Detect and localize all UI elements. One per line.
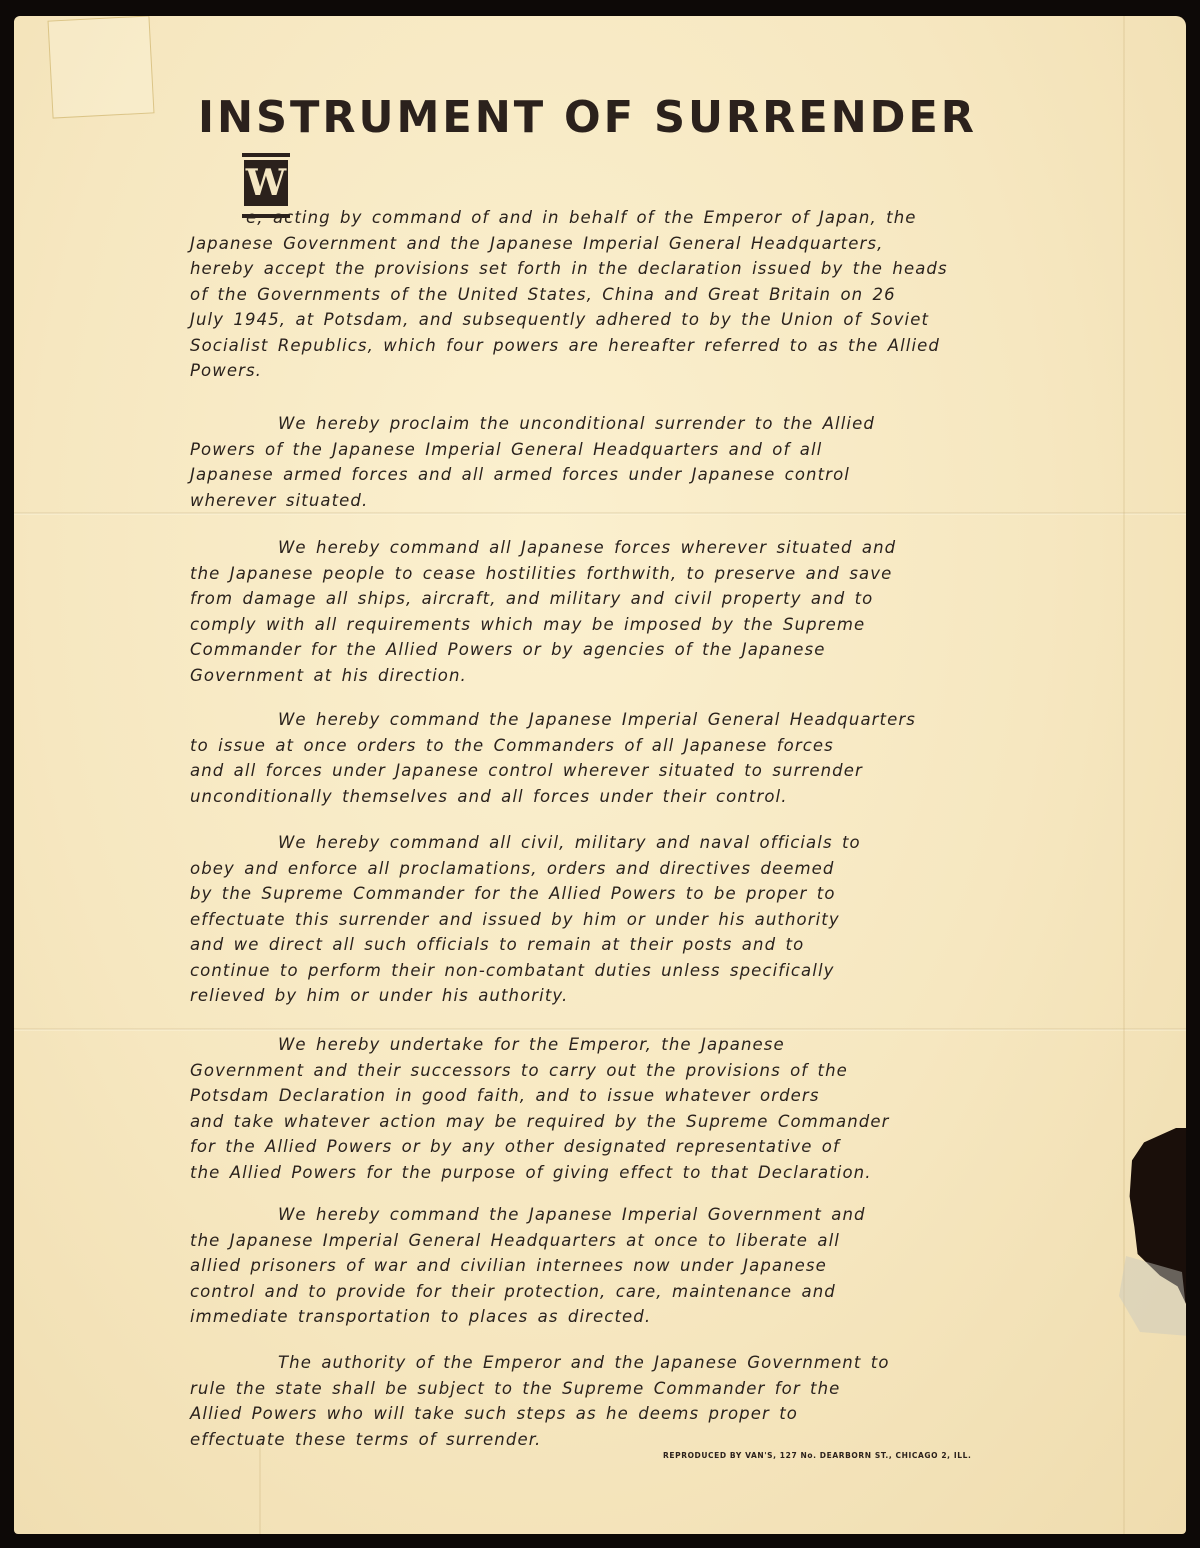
text-line: and all forces under Japanese control wh… xyxy=(190,758,916,784)
text-line: Allied Powers who will take such steps a… xyxy=(190,1401,890,1427)
text-line: Government and their successors to carry… xyxy=(190,1058,890,1084)
text-line: We hereby command the Japanese Imperial … xyxy=(190,1202,866,1228)
text-line: the Allied Powers for the purpose of giv… xyxy=(190,1160,890,1186)
text-line: Government at his direction. xyxy=(190,663,896,689)
text-line: effectuate this surrender and issued by … xyxy=(190,907,861,933)
text-line: the Japanese Imperial General Headquarte… xyxy=(190,1228,866,1254)
text-line: the Japanese people to cease hostilities… xyxy=(190,561,896,587)
text-line: We hereby undertake for the Emperor, the… xyxy=(190,1032,890,1058)
text-line: comply with all requirements which may b… xyxy=(190,612,896,638)
text-line: We hereby proclaim the unconditional sur… xyxy=(190,411,875,437)
drop-cap-letter: W xyxy=(244,160,288,206)
text-line: obey and enforce all proclamations, orde… xyxy=(190,856,861,882)
tape-mark xyxy=(48,16,155,119)
text-line: effectuate these terms of surrender. xyxy=(190,1427,890,1453)
paragraph: We hereby undertake for the Emperor, the… xyxy=(190,1032,890,1185)
fold-crease xyxy=(1123,16,1125,1534)
printer-credit: REPRODUCED BY VAN'S, 127 No. DEARBORN ST… xyxy=(663,1451,971,1460)
text-line: hereby accept the provisions set forth i… xyxy=(190,256,948,282)
text-line: The authority of the Emperor and the Jap… xyxy=(190,1350,890,1376)
text-line: for the Allied Powers or by any other de… xyxy=(190,1134,890,1160)
text-line: Potsdam Declaration in good faith, and t… xyxy=(190,1083,890,1109)
drop-cap-rule xyxy=(242,153,290,157)
text-line: We hereby command all civil, military an… xyxy=(190,830,861,856)
text-line: continue to perform their non-combatant … xyxy=(190,958,861,984)
text-line: wherever situated. xyxy=(190,488,875,514)
paragraph: We hereby command the Japanese Imperial … xyxy=(190,1202,866,1330)
text-line: Socialist Republics, which four powers a… xyxy=(190,333,948,359)
text-line: Japanese armed forces and all armed forc… xyxy=(190,462,875,488)
text-line: to issue at once orders to the Commander… xyxy=(190,733,916,759)
text-line: relieved by him or under his authority. xyxy=(190,983,861,1009)
paragraph: We hereby command the Japanese Imperial … xyxy=(190,707,916,809)
text-line: We hereby command all Japanese forces wh… xyxy=(190,535,896,561)
text-line: Powers of the Japanese Imperial General … xyxy=(190,437,875,463)
text-line: by the Supreme Commander for the Allied … xyxy=(190,881,861,907)
text-line: control and to provide for their protect… xyxy=(190,1279,866,1305)
text-line: July 1945, at Potsdam, and subsequently … xyxy=(190,307,948,333)
text-line: unconditionally themselves and all force… xyxy=(190,784,916,810)
text-line: e, acting by command of and in behalf of… xyxy=(190,205,948,231)
text-line: and we direct all such officials to rema… xyxy=(190,932,861,958)
text-line: of the Governments of the United States,… xyxy=(190,282,948,308)
text-line: rule the state shall be subject to the S… xyxy=(190,1376,890,1402)
text-line: from damage all ships, aircraft, and mil… xyxy=(190,586,896,612)
paragraph: e, acting by command of and in behalf of… xyxy=(190,205,948,384)
paragraph: We hereby command all civil, military an… xyxy=(190,830,861,1009)
text-line: immediate transportation to places as di… xyxy=(190,1304,866,1330)
text-line: allied prisoners of war and civilian int… xyxy=(190,1253,866,1279)
text-line: Powers. xyxy=(190,358,948,384)
text-line: Commander for the Allied Powers or by ag… xyxy=(190,637,896,663)
document-title: INSTRUMENT OF SURRENDER xyxy=(198,92,977,143)
text-line: We hereby command the Japanese Imperial … xyxy=(190,707,916,733)
text-line: Japanese Government and the Japanese Imp… xyxy=(190,231,948,257)
paragraph: The authority of the Emperor and the Jap… xyxy=(190,1350,890,1452)
paragraph: We hereby command all Japanese forces wh… xyxy=(190,535,896,688)
paragraph: We hereby proclaim the unconditional sur… xyxy=(190,411,875,513)
text-line: and take whatever action may be required… xyxy=(190,1109,890,1135)
fold-crease xyxy=(14,1028,1186,1031)
